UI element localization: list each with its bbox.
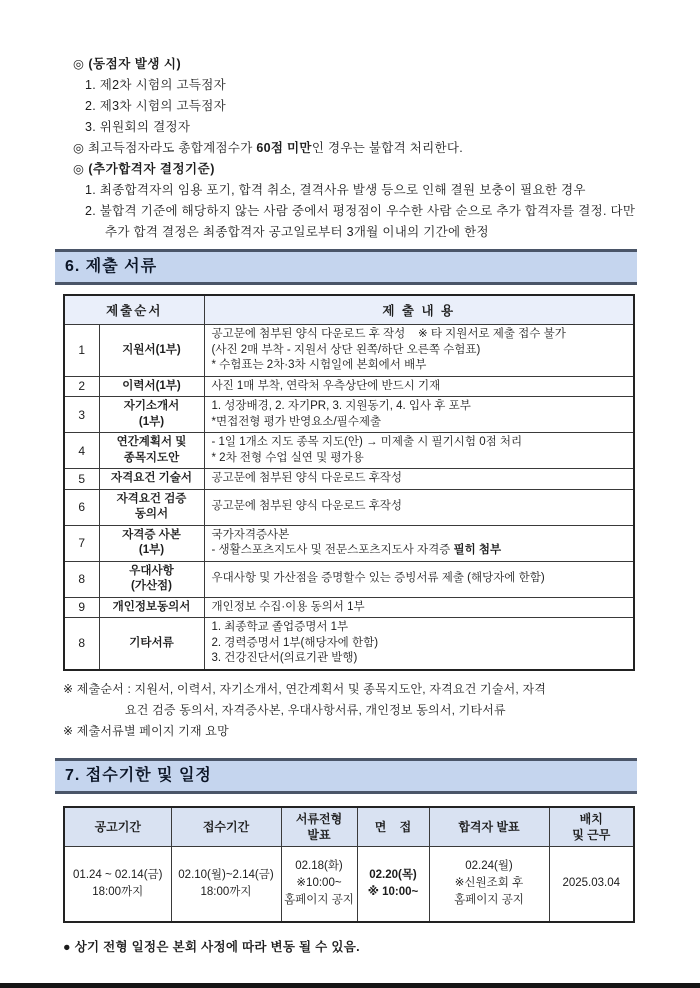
- page-bottom-edge: [0, 983, 700, 988]
- submission-doc-detail: 공고문에 첨부된 양식 다운로드 후작성: [204, 489, 634, 525]
- text-segment: 공고문에 첨부된 양식 다운로드 후 작성 ※ 타 지원서로 제출 접수 불가: [212, 328, 566, 340]
- doc-detail-line: *면접전형 평가 반영요소/필수제출: [212, 415, 627, 431]
- schedule-header-line: 및 근무: [551, 827, 633, 843]
- submission-row: 9개인정보동의서개인정보 수집·이용 동의서 1부: [64, 597, 634, 618]
- submission-doc-detail: 공고문에 첨부된 양식 다운로드 후작성: [204, 469, 634, 490]
- submission-note-line: ※ 제출순서 : 지원서, 이력서, 자기소개서, 연간계획서 및 종목지도안,…: [63, 679, 637, 700]
- submission-row: 6자격요건 검증동의서공고문에 첨부된 양식 다운로드 후작성: [64, 489, 634, 525]
- text-segment: 02.20(목): [369, 869, 417, 881]
- doc-detail-line: * 2차 전형 수업 실연 및 평가용: [212, 451, 627, 467]
- doc-detail-line: 우대사항 및 가산점을 증명할수 있는 증빙서류 제출 (해당자에 한함): [212, 571, 627, 587]
- doc-detail-line: (사진 2매 부착 - 지원서 상단 왼쪽/하단 오른쪽 수험표): [212, 343, 627, 359]
- submission-notes: ※ 제출순서 : 지원서, 이력서, 자기소개서, 연간계획서 및 종목지도안,…: [63, 679, 637, 742]
- text-segment: 3. 건강진단서(의료기관 발행): [212, 652, 358, 664]
- section-6-header: 6. 제출 서류: [55, 249, 637, 285]
- text-segment: 1. 성장배경, 2. 자기PR, 3. 지원동기, 4. 입사 후 포부: [212, 400, 471, 412]
- submission-doc-name: 지원서(1부): [99, 325, 204, 377]
- schedule-cell-line: 02.24(월): [431, 858, 548, 875]
- schedule-cell-line: 2025.03.04: [551, 875, 633, 892]
- schedule-column-header: 합격자 발표: [429, 807, 549, 847]
- doc-name-line: 자격요건 기술서: [101, 471, 203, 487]
- fail-rule-line: ◎ 최고득점자라도 총합계점수가 60점 미만인 경우는 불합격 처리한다.: [73, 138, 637, 159]
- doc-name-line: (가산점): [101, 579, 203, 595]
- text-segment: 필히 첨부: [453, 544, 501, 556]
- additional-pass-item: 1. 최종합격자의 임용 포기, 합격 취소, 결격사유 발생 등으로 인해 결…: [73, 180, 637, 201]
- doc-detail-line: 개인정보 수집·이용 동의서 1부: [212, 600, 627, 616]
- text-segment: 60점 미만: [256, 141, 311, 155]
- document-body: ◎ (동점자 발생 시) 1. 제2차 시험의 고득점자2. 제3차 시험의 고…: [63, 54, 637, 955]
- schedule-column-header: 접수기간: [171, 807, 281, 847]
- schedule-cell: 02.20(목)※ 10:00~: [357, 846, 429, 922]
- text-segment: 국가자격증사본: [212, 529, 290, 541]
- text-segment: *면접전형 평가 반영요소/필수제출: [212, 416, 382, 428]
- doc-name-line: 동의서: [101, 507, 203, 523]
- text-segment: (사진 2매 부착 - 지원서 상단 왼쪽/하단 오른쪽 수험표): [212, 344, 481, 356]
- submission-order-number: 9: [64, 597, 99, 618]
- schedule-column-header: 배치및 근무: [549, 807, 634, 847]
- submission-doc-detail: - 1일 1개소 지도 종목 지도(안) → 미제출 시 필기시험 0점 처리*…: [204, 433, 634, 469]
- submission-table-body: 1지원서(1부)공고문에 첨부된 양식 다운로드 후 작성 ※ 타 지원서로 제…: [64, 325, 634, 670]
- schedule-cell-line: 홈페이지 공지: [431, 892, 548, 909]
- doc-name-line: 우대사항: [101, 564, 203, 580]
- submission-order-number: 3: [64, 397, 99, 433]
- submission-note-line: 요건 검증 동의서, 자격증사본, 우대사항서류, 개인정보 동의서, 기타서류: [63, 700, 637, 721]
- doc-name-line: 지원서(1부): [101, 343, 203, 359]
- text-segment: 02.10(월)~2.14(금): [178, 869, 273, 881]
- tie-breaker-item: 1. 제2차 시험의 고득점자: [73, 75, 637, 96]
- doc-name-line: (1부): [101, 543, 203, 559]
- schedule-header-line: 배치: [551, 811, 633, 827]
- doc-name-line: 기타서류: [101, 636, 203, 652]
- submission-row: 5자격요건 기술서공고문에 첨부된 양식 다운로드 후작성: [64, 469, 634, 490]
- doc-detail-line: 국가자격증사본: [212, 528, 627, 544]
- doc-name-line: 종목지도안: [101, 451, 203, 467]
- text-segment: 02.24(월): [465, 860, 513, 872]
- doc-name-line: 개인정보동의서: [101, 600, 203, 616]
- submission-doc-detail: 국가자격증사본- 생활스포츠지도사 및 전문스포츠지도사 자격증 필히 첨부: [204, 525, 634, 561]
- submission-order-number: 6: [64, 489, 99, 525]
- submission-doc-name: 자격증 사본(1부): [99, 525, 204, 561]
- schedule-cell-line: 02.20(목): [359, 867, 428, 884]
- submission-doc-name: 개인정보동의서: [99, 597, 204, 618]
- submission-order-number: 7: [64, 525, 99, 561]
- submission-order-number: 5: [64, 469, 99, 490]
- doc-name-line: 자기소개서: [101, 399, 203, 415]
- submission-doc-name: 자격요건 검증동의서: [99, 489, 204, 525]
- schedule-cell-line: 18:00까지: [173, 884, 280, 901]
- submission-header-row: 제출순서 제 출 내 용: [64, 295, 634, 325]
- doc-detail-line: 공고문에 첨부된 양식 다운로드 후작성: [212, 471, 627, 487]
- doc-detail-line: 3. 건강진단서(의료기관 발행): [212, 651, 627, 667]
- submission-order-number: 8: [64, 618, 99, 670]
- schedule-header-line: 서류전형: [283, 811, 356, 827]
- schedule-cell-line: ※10:00~: [283, 875, 356, 892]
- submission-order-header: 제출순서: [64, 295, 204, 325]
- schedule-header-line: 공고기간: [66, 819, 170, 835]
- submission-table: 제출순서 제 출 내 용 1지원서(1부)공고문에 첨부된 양식 다운로드 후 …: [63, 294, 635, 671]
- submission-doc-detail: 우대사항 및 가산점을 증명할수 있는 증빙서류 제출 (해당자에 한함): [204, 561, 634, 597]
- submission-order-number: 2: [64, 376, 99, 397]
- submission-note-line: ※ 제출서류별 페이지 기재 요망: [63, 721, 637, 742]
- submission-doc-detail: 개인정보 수집·이용 동의서 1부: [204, 597, 634, 618]
- schedule-header-line: 면 접: [359, 819, 428, 835]
- submission-order-number: 1: [64, 325, 99, 377]
- schedule-column-header: 공고기간: [64, 807, 171, 847]
- schedule-cell-line: 홈페이지 공지: [283, 892, 356, 909]
- schedule-cell-line: ※ 10:00~: [359, 884, 428, 901]
- doc-detail-line: - 생활스포츠지도사 및 전문스포츠지도사 자격증 필히 첨부: [212, 543, 627, 559]
- doc-detail-line: 1. 최종학교 졸업증명서 1부: [212, 620, 627, 636]
- schedule-column-header: 면 접: [357, 807, 429, 847]
- schedule-cell: 02.10(월)~2.14(금)18:00까지: [171, 846, 281, 922]
- doc-name-line: 연간계획서 및: [101, 435, 203, 451]
- schedule-cell-line: ※신원조회 후: [431, 875, 548, 892]
- text-segment: 18:00까지: [201, 886, 252, 898]
- schedule-change-note: ● 상기 전형 일정은 본회 사정에 따라 변동 될 수 있음.: [63, 937, 637, 955]
- text-segment: ※10:00~: [296, 877, 341, 889]
- doc-name-line: 자격요건 검증: [101, 492, 203, 508]
- tie-breaker-heading: ◎ (동점자 발생 시): [73, 54, 637, 75]
- submission-order-number: 8: [64, 561, 99, 597]
- submission-doc-name: 자격요건 기술서: [99, 469, 204, 490]
- schedule-cell-line: 02.10(월)~2.14(금): [173, 867, 280, 884]
- submission-row: 8우대사항(가산점)우대사항 및 가산점을 증명할수 있는 증빙서류 제출 (해…: [64, 561, 634, 597]
- text-segment: 홈페이지 공지: [454, 894, 524, 906]
- text-segment: 01.24 ~ 02.14(금): [73, 869, 162, 881]
- submission-order-number: 4: [64, 433, 99, 469]
- text-segment: ◎ 최고득점자라도 총합계점수가: [73, 141, 256, 155]
- submission-content-header: 제 출 내 용: [204, 295, 634, 325]
- text-segment: * 2차 전형 수업 실연 및 평가용: [212, 452, 364, 464]
- schedule-data-row: 01.24 ~ 02.14(금)18:00까지02.10(월)~2.14(금)1…: [64, 846, 634, 922]
- text-segment: 사진 1매 부착, 연락처 우측상단에 반드시 기재: [212, 380, 441, 392]
- submission-doc-name: 이력서(1부): [99, 376, 204, 397]
- submission-row: 7자격증 사본(1부)국가자격증사본- 생활스포츠지도사 및 전문스포츠지도사 …: [64, 525, 634, 561]
- doc-detail-line: 1. 성장배경, 2. 자기PR, 3. 지원동기, 4. 입사 후 포부: [212, 399, 627, 415]
- schedule-header-row: 공고기간접수기간서류전형발표면 접합격자 발표배치및 근무: [64, 807, 634, 847]
- schedule-cell: 02.18(화)※10:00~홈페이지 공지: [281, 846, 357, 922]
- doc-name-line: 자격증 사본: [101, 528, 203, 544]
- doc-name-line: 이력서(1부): [101, 379, 203, 395]
- schedule-header-line: 합격자 발표: [431, 819, 548, 835]
- schedule-header-line: 접수기간: [173, 819, 280, 835]
- schedule-header-line: 발표: [283, 827, 356, 843]
- text-segment: 02.18(화): [295, 860, 343, 872]
- schedule-cell-line: 01.24 ~ 02.14(금): [66, 867, 170, 884]
- doc-detail-line: 사진 1매 부착, 연락처 우측상단에 반드시 기재: [212, 379, 627, 395]
- submission-doc-detail: 1. 성장배경, 2. 자기PR, 3. 지원동기, 4. 입사 후 포부*면접…: [204, 397, 634, 433]
- text-segment: 2. 경력증명서 1부(해당자에 한함): [212, 637, 379, 649]
- doc-detail-line: 공고문에 첨부된 양식 다운로드 후 작성 ※ 타 지원서로 제출 접수 불가: [212, 327, 627, 343]
- doc-detail-line: 2. 경력증명서 1부(해당자에 한함): [212, 636, 627, 652]
- submission-row: 3자기소개서(1부)1. 성장배경, 2. 자기PR, 3. 지원동기, 4. …: [64, 397, 634, 433]
- text-segment: 공고문에 첨부된 양식 다운로드 후작성: [212, 472, 403, 484]
- doc-detail-line: - 1일 1개소 지도 종목 지도(안) → 미제출 시 필기시험 0점 처리: [212, 435, 627, 451]
- text-segment: - 1일 1개소 지도 종목 지도(안) → 미제출 시 필기시험 0점 처리: [212, 436, 523, 448]
- section-7-header: 7. 접수기한 및 일정: [55, 758, 637, 794]
- schedule-cell-line: 18:00까지: [66, 884, 170, 901]
- schedule-cell: 01.24 ~ 02.14(금)18:00까지: [64, 846, 171, 922]
- text-segment: 인 경우는 불합격 처리한다.: [312, 141, 463, 155]
- additional-pass-heading: ◎ (추가합격자 결정기준): [73, 159, 637, 180]
- text-segment: 2025.03.04: [562, 877, 620, 889]
- text-segment: 우대사항 및 가산점을 증명할수 있는 증빙서류 제출 (해당자에 한함): [212, 572, 545, 584]
- submission-doc-name: 자기소개서(1부): [99, 397, 204, 433]
- submission-doc-name: 연간계획서 및종목지도안: [99, 433, 204, 469]
- section-7-title: 7. 접수기한 및 일정: [65, 767, 212, 784]
- doc-name-line: (1부): [101, 415, 203, 431]
- submission-doc-name: 우대사항(가산점): [99, 561, 204, 597]
- schedule-cell-line: 02.18(화): [283, 858, 356, 875]
- intro-block: ◎ (동점자 발생 시) 1. 제2차 시험의 고득점자2. 제3차 시험의 고…: [63, 54, 637, 243]
- doc-detail-line: 공고문에 첨부된 양식 다운로드 후작성: [212, 499, 627, 515]
- tie-breaker-item: 2. 제3차 시험의 고득점자: [73, 96, 637, 117]
- submission-row: 4연간계획서 및종목지도안- 1일 1개소 지도 종목 지도(안) → 미제출 …: [64, 433, 634, 469]
- text-segment: 1. 최종학교 졸업증명서 1부: [212, 621, 349, 633]
- submission-doc-detail: 공고문에 첨부된 양식 다운로드 후 작성 ※ 타 지원서로 제출 접수 불가(…: [204, 325, 634, 377]
- submission-row: 8기타서류1. 최종학교 졸업증명서 1부2. 경력증명서 1부(해당자에 한함…: [64, 618, 634, 670]
- submission-row: 1지원서(1부)공고문에 첨부된 양식 다운로드 후 작성 ※ 타 지원서로 제…: [64, 325, 634, 377]
- text-segment: ※신원조회 후: [455, 877, 523, 889]
- text-segment: ※ 10:00~: [368, 886, 419, 898]
- doc-detail-line: * 수험표는 2차·3차 시험일에 본회에서 배부: [212, 358, 627, 374]
- text-segment: 개인정보 수집·이용 동의서 1부: [212, 601, 365, 613]
- submission-doc-detail: 1. 최종학교 졸업증명서 1부2. 경력증명서 1부(해당자에 한함)3. 건…: [204, 618, 634, 670]
- text-segment: 공고문에 첨부된 양식 다운로드 후작성: [212, 500, 403, 512]
- schedule-table: 공고기간접수기간서류전형발표면 접합격자 발표배치및 근무 01.24 ~ 02…: [63, 806, 635, 923]
- section-6-title: 6. 제출 서류: [65, 258, 157, 275]
- submission-row: 2이력서(1부)사진 1매 부착, 연락처 우측상단에 반드시 기재: [64, 376, 634, 397]
- submission-doc-name: 기타서류: [99, 618, 204, 670]
- text-segment: * 수험표는 2차·3차 시험일에 본회에서 배부: [212, 359, 427, 371]
- schedule-column-header: 서류전형발표: [281, 807, 357, 847]
- schedule-cell: 02.24(월)※신원조회 후홈페이지 공지: [429, 846, 549, 922]
- text-segment: 18:00까지: [92, 886, 143, 898]
- text-segment: - 생활스포츠지도사 및 전문스포츠지도사 자격증: [212, 544, 454, 556]
- submission-doc-detail: 사진 1매 부착, 연락처 우측상단에 반드시 기재: [204, 376, 634, 397]
- additional-pass-list: 1. 최종합격자의 임용 포기, 합격 취소, 결격사유 발생 등으로 인해 결…: [73, 180, 637, 243]
- text-segment: 홈페이지 공지: [284, 894, 354, 906]
- tie-breaker-item: 3. 위원회의 결정자: [73, 117, 637, 138]
- additional-pass-item: 2. 불합격 기준에 해당하지 않는 사람 중에서 평정점이 우수한 사람 순으…: [73, 201, 637, 243]
- schedule-cell: 2025.03.04: [549, 846, 634, 922]
- tie-breaker-list: 1. 제2차 시험의 고득점자2. 제3차 시험의 고득점자3. 위원회의 결정…: [73, 75, 637, 138]
